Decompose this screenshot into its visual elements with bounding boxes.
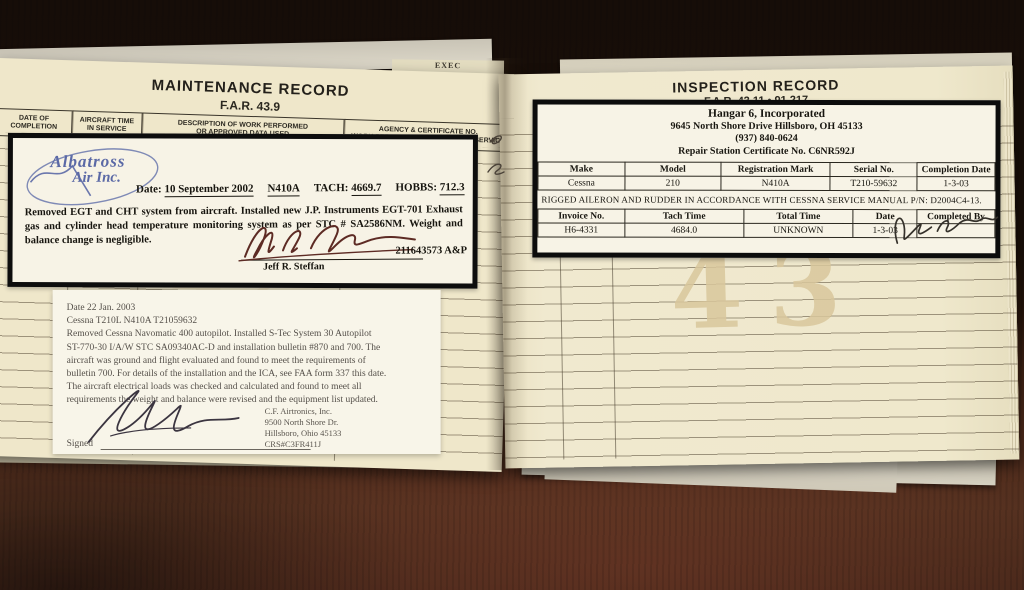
repair-station-name: Hangar 6, Incorporated <box>538 107 996 120</box>
left-page: MAINTENANCE RECORD F.A.R. 43.9 DATE OF C… <box>0 58 514 472</box>
company-block: C.F. Airtronics, Inc. 9500 North Shore D… <box>265 406 342 450</box>
cell-make: Cessna <box>538 176 625 190</box>
cell-tach-time: 4684.0 <box>625 223 744 237</box>
note-signature <box>81 378 251 450</box>
entry-date-line: Date: 10 September 2002 N410A TACH: 4669… <box>163 181 465 197</box>
aircraft-info-table: Make Model Registration Mark Serial No. … <box>537 161 995 191</box>
gutter-ink-marks <box>484 128 510 188</box>
registration-number: N410A <box>267 182 299 196</box>
certificate-number: 211643573 A&P <box>395 245 467 256</box>
hobbs-field: HOBBS: 712.3 <box>395 181 464 195</box>
header-total-time: Total Time <box>744 209 854 223</box>
cell-completion-date: 1-3-03 <box>917 177 995 191</box>
header-serial-no: Serial No. <box>830 162 917 176</box>
header-completion-date: Completion Date <box>917 163 995 177</box>
cell-serial-no: T210-59632 <box>830 176 917 190</box>
logbook-photo: EXEC MAINTENANCE RECORD F.A.R. 43.9 DATE… <box>0 0 1024 590</box>
repair-station-header: Hangar 6, Incorporated 9645 North Shore … <box>537 107 995 158</box>
completed-by-signature <box>889 207 999 249</box>
behind-page-text: EXEC <box>435 61 461 70</box>
note-line: Cessna T210L N410A T21059632 <box>67 315 435 328</box>
note-line: Date 22 Jan. 2003 <box>67 302 435 315</box>
company-name: C.F. Airtronics, Inc. <box>265 406 342 417</box>
company-street: 9500 North Shore Dr. <box>265 417 342 428</box>
right-page: INSPECTION RECORD F.A.R. 43.11 • 91.217 … <box>499 66 1020 469</box>
signer-name: Jeff R. Steffan <box>263 261 324 272</box>
work-performed-line: RIGGED AILERON AND RUDDER IN ACCORDANCE … <box>541 194 993 205</box>
note-line: ST-770-30 I/A/W STC SA09340AC-D and inst… <box>67 342 435 355</box>
tach-field: TACH: 4669.7 <box>314 182 382 196</box>
note-line: Removed Cessna Navomatic 400 autopilot. … <box>67 328 435 341</box>
cell-registration-mark: N410A <box>721 176 831 190</box>
repair-station-address: 9645 North Shore Drive Hillsboro, OH 451… <box>538 120 996 133</box>
note-line: aircraft was ground and flight evaluated… <box>67 355 435 368</box>
date-field: Date: 10 September 2002 <box>136 183 254 198</box>
typed-note-sticker: Date 22 Jan. 2003 Cessna T210L N410A T21… <box>53 290 441 454</box>
header-model: Model <box>625 162 721 176</box>
logo-text-bottom: Air Inc. <box>72 170 120 187</box>
header-tach-time: Tach Time <box>625 209 744 223</box>
company-city: Hillsboro, Ohio 45133 <box>265 428 342 439</box>
page-edge-lines <box>1004 72 1020 454</box>
repair-station-phone: (937) 840-0624 <box>538 132 996 145</box>
header-make: Make <box>538 162 625 176</box>
cell-total-time: UNKNOWN <box>744 223 854 237</box>
header-invoice-no: Invoice No. <box>538 209 625 223</box>
maintenance-entry-sticker: Albatross Air Inc. Date: 10 September 20… <box>7 133 478 289</box>
albatross-logo: Albatross Air Inc. <box>20 143 190 210</box>
header-registration-mark: Registration Mark <box>721 162 831 176</box>
aircraft-info-row: Cessna 210 N410A T210-59632 1-3-03 <box>538 176 995 191</box>
cell-model: 210 <box>625 176 721 190</box>
inspection-entry-sticker: Hangar 6, Incorporated 9645 North Shore … <box>532 99 1000 258</box>
cell-invoice-no: H6-4331 <box>538 223 625 237</box>
repair-station-certificate: Repair Station Certificate No. C6NR592J <box>537 145 995 158</box>
mechanic-signature <box>231 216 421 267</box>
